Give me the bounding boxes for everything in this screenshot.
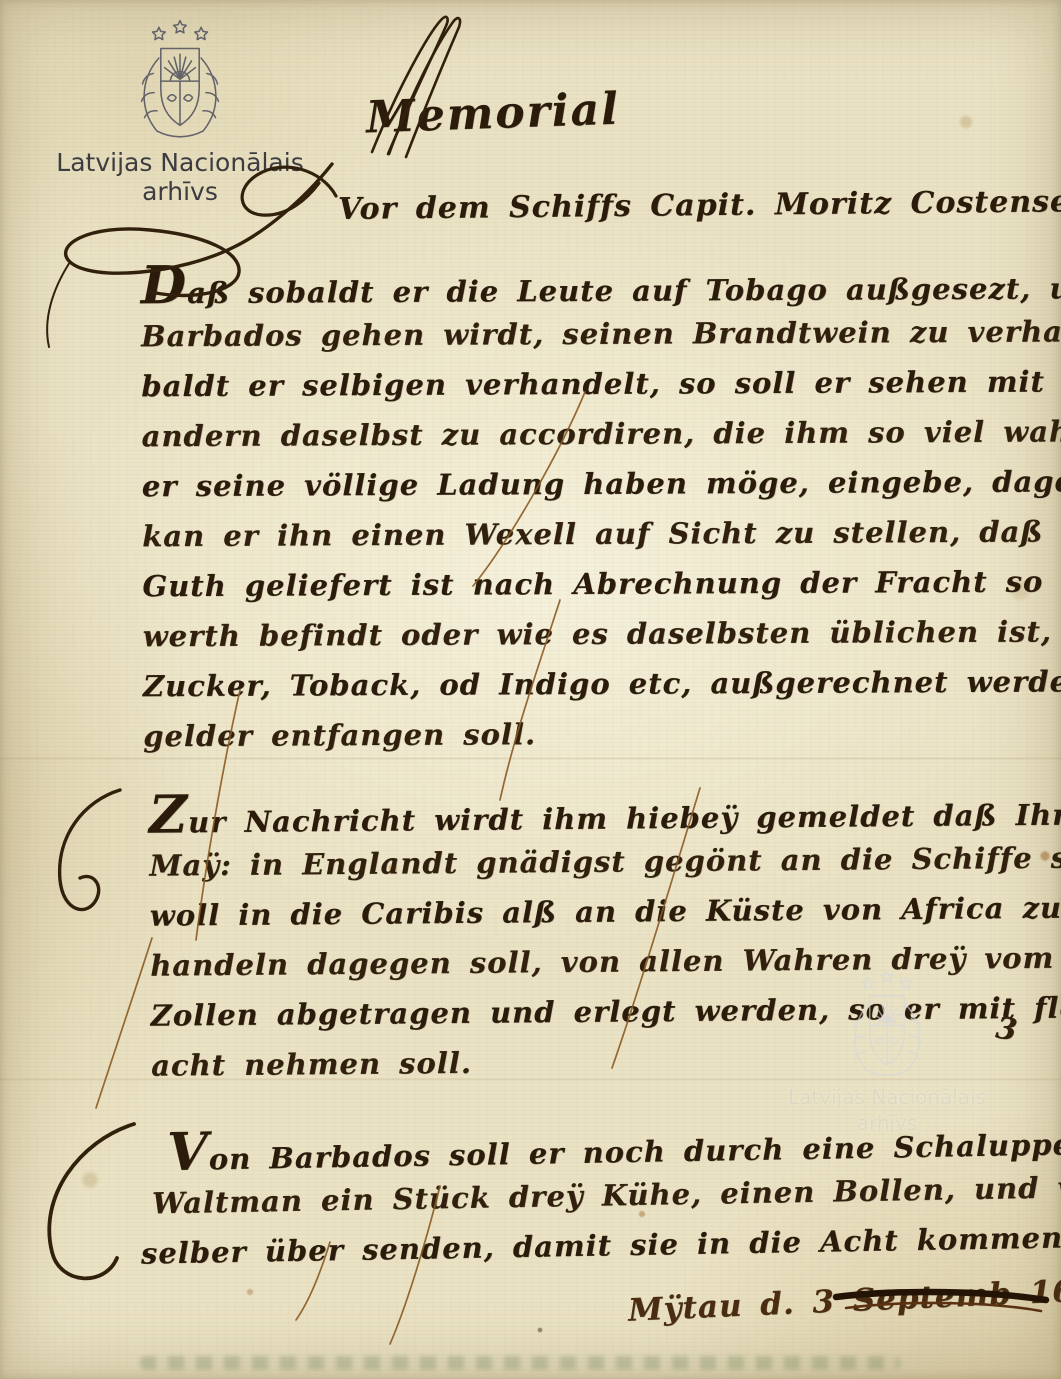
manuscript-line: Daß sobaldt er die Leute auf Tobago außg… [141,255,1061,312]
manuscript-line: woll in die Caribis alß an die Küste von… [150,881,1061,940]
paragraph-1: Daß sobaldt er die Leute auf Tobago außg… [141,255,1061,762]
manuscript-line: er seine völlige Ladung haben möge, eing… [142,455,1061,512]
coat-of-arms-icon [835,972,939,1084]
verso-showthrough [140,1356,900,1370]
manuscript-line: Zucker, Toback, od Indigo etc, außgerech… [143,655,1061,712]
manuscript-page: Latvijas Nacionālais arhīvs Memorial Vor… [0,0,1061,1379]
manuscript-line: Barbados gehen wirdt, seinen Brandtwein … [141,305,1061,362]
archive-name-line2: arhīvs [40,177,320,206]
manuscript-line: werth befindt oder wie es daselbsten übl… [143,605,1061,662]
addressee-line: Vor dem Schiffs Capit. Moritz Costensen [338,184,1061,227]
manuscript-line: gelder entfangen soll. [143,705,1061,762]
manuscript-line: baldt er selbigen verhandelt, so soll er… [141,355,1061,412]
archive-watermark-top: Latvijas Nacionālais arhīvs [40,20,320,206]
archive-name-line1: Latvijas Nacionālais [772,1084,1002,1110]
manuscript-line: Guth geliefert ist nach Abrechnung der F… [142,555,1061,612]
archive-name-line1: Latvijas Nacionālais [40,148,320,177]
archive-watermark-bottom: Latvijas Nacionālais arhīvs [772,972,1002,1136]
archive-name-line2: arhīvs [772,1110,1002,1136]
coat-of-arms-icon [132,20,228,148]
manuscript-line: andern daselbst zu accordiren, die ihm s… [141,405,1061,462]
dateline: Mÿtau d. 3 Septemb 1668 [627,1271,1061,1328]
manuscript-line: kan er ihn einen Wexell auf Sicht zu ste… [142,505,1061,562]
manuscript-line: Maÿ: in Englandt gnädigst gegönt an die … [149,831,1061,890]
document-title: Memorial [365,84,620,144]
manuscript-line: Zur Nachricht wirdt ihm hiebeÿ gemeldet … [149,781,1061,840]
